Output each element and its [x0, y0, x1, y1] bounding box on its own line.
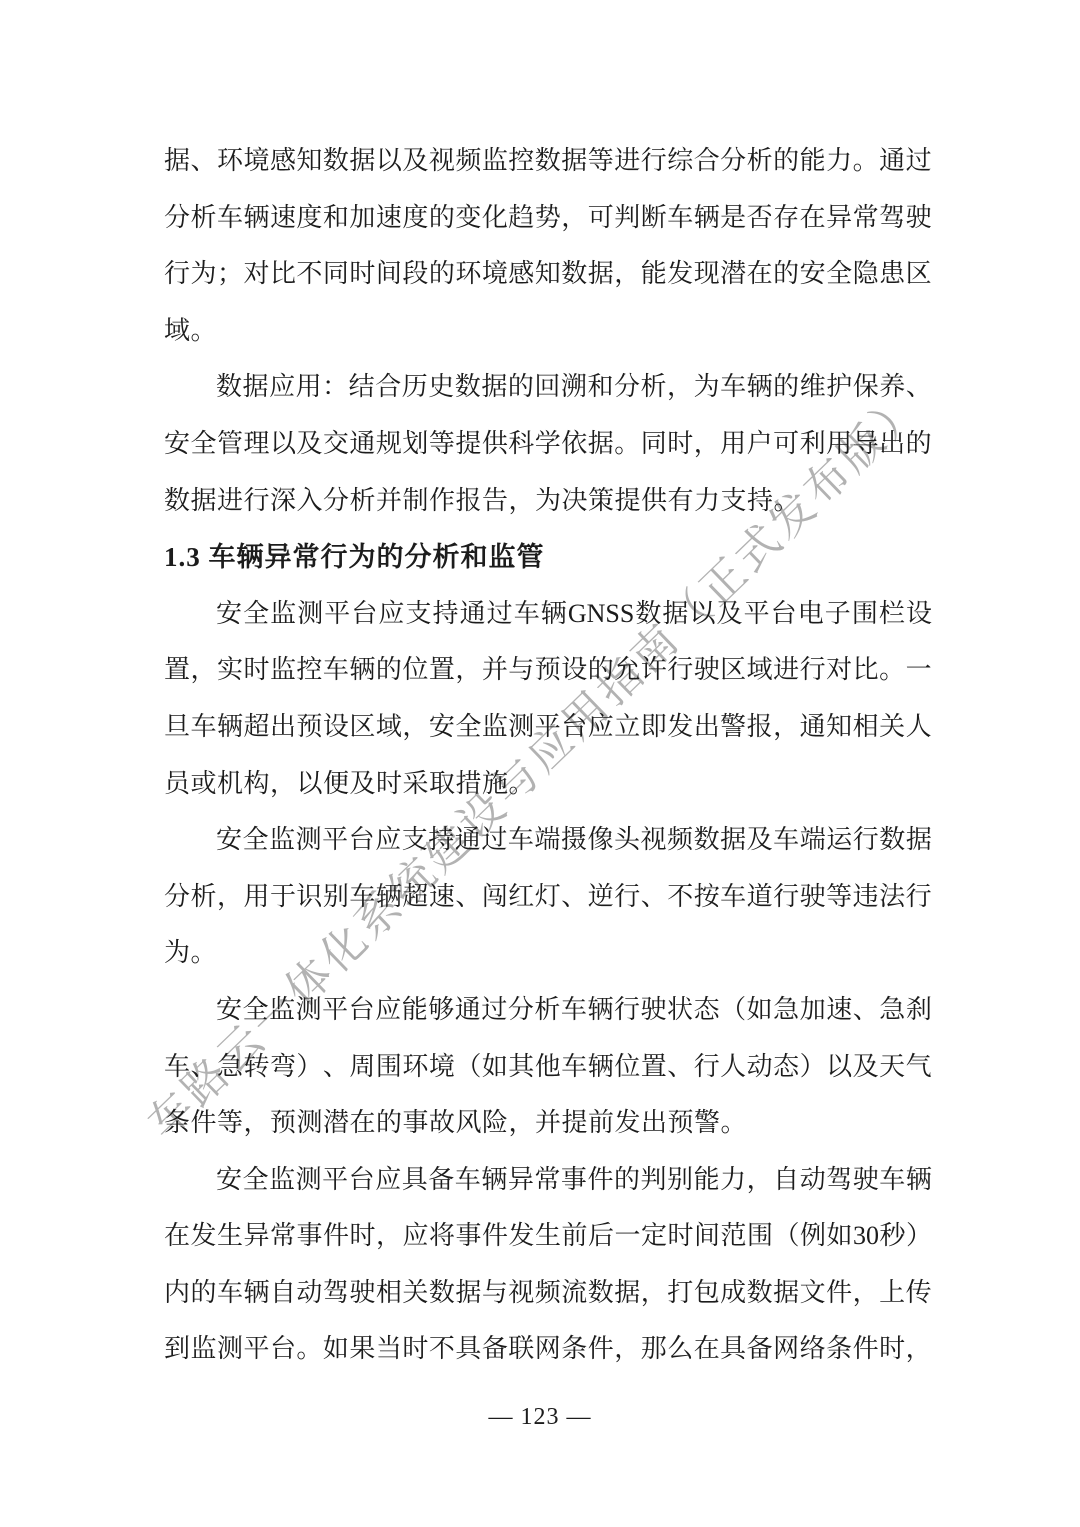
section-heading: 1.3 车辆异常行为的分析和监管 — [164, 529, 932, 586]
text-line: 安全监测平台应支持通过车端摄像头视频数据及车端运行数据 — [164, 812, 932, 869]
text-line: 内的车辆自动驾驶相关数据与视频流数据，打包成数据文件，上传 — [164, 1265, 932, 1322]
text-line: 到监测平台。如果当时不具备联网条件，那么在具备网络条件时， — [164, 1321, 932, 1378]
text-line: 域。 — [164, 303, 932, 360]
document-content: 据、环境感知数据以及视频监控数据等进行综合分析的能力。通过分析车辆速度和加速度的… — [164, 133, 932, 1378]
text-line: 数据进行深入分析并制作报告，为决策提供有力支持。 — [164, 473, 932, 530]
text-line: 条件等，预测潜在的事故风险，并提前发出预警。 — [164, 1095, 932, 1152]
text-line: 在发生异常事件时，应将事件发生前后一定时间范围（例如30秒） — [164, 1208, 932, 1265]
page-number: — 123 — — [0, 1404, 1080, 1431]
text-line: 数据应用：结合历史数据的回溯和分析，为车辆的维护保养、 — [164, 359, 932, 416]
text-line: 安全管理以及交通规划等提供科学依据。同时，用户可利用导出的 — [164, 416, 932, 473]
text-line: 为。 — [164, 925, 932, 982]
text-line: 分析，用于识别车辆超速、闯红灯、逆行、不按车道行驶等违法行 — [164, 869, 932, 926]
text-line: 车、急转弯）、周围环境（如其他车辆位置、行人动态）以及天气 — [164, 1039, 932, 1096]
text-line: 安全监测平台应能够通过分析车辆行驶状态（如急加速、急刹 — [164, 982, 932, 1039]
text-line: 旦车辆超出预设区域，安全监测平台应立即发出警报，通知相关人 — [164, 699, 932, 756]
text-line: 安全监测平台应支持通过车辆GNSS数据以及平台电子围栏设 — [164, 586, 932, 643]
text-line: 安全监测平台应具备车辆异常事件的判别能力，自动驾驶车辆 — [164, 1152, 932, 1209]
text-line: 行为；对比不同时间段的环境感知数据，能发现潜在的安全隐患区 — [164, 246, 932, 303]
text-line: 置，实时监控车辆的位置，并与预设的允许行驶区域进行对比。一 — [164, 642, 932, 699]
document-page: 车路云一体化系统建设与应用指南（正式发布版） 据、环境感知数据以及视频监控数据等… — [0, 0, 1080, 1527]
text-line: 据、环境感知数据以及视频监控数据等进行综合分析的能力。通过 — [164, 133, 932, 190]
text-line: 分析车辆速度和加速度的变化趋势，可判断车辆是否存在异常驾驶 — [164, 190, 932, 247]
text-line: 员或机构，以便及时采取措施。 — [164, 756, 932, 813]
